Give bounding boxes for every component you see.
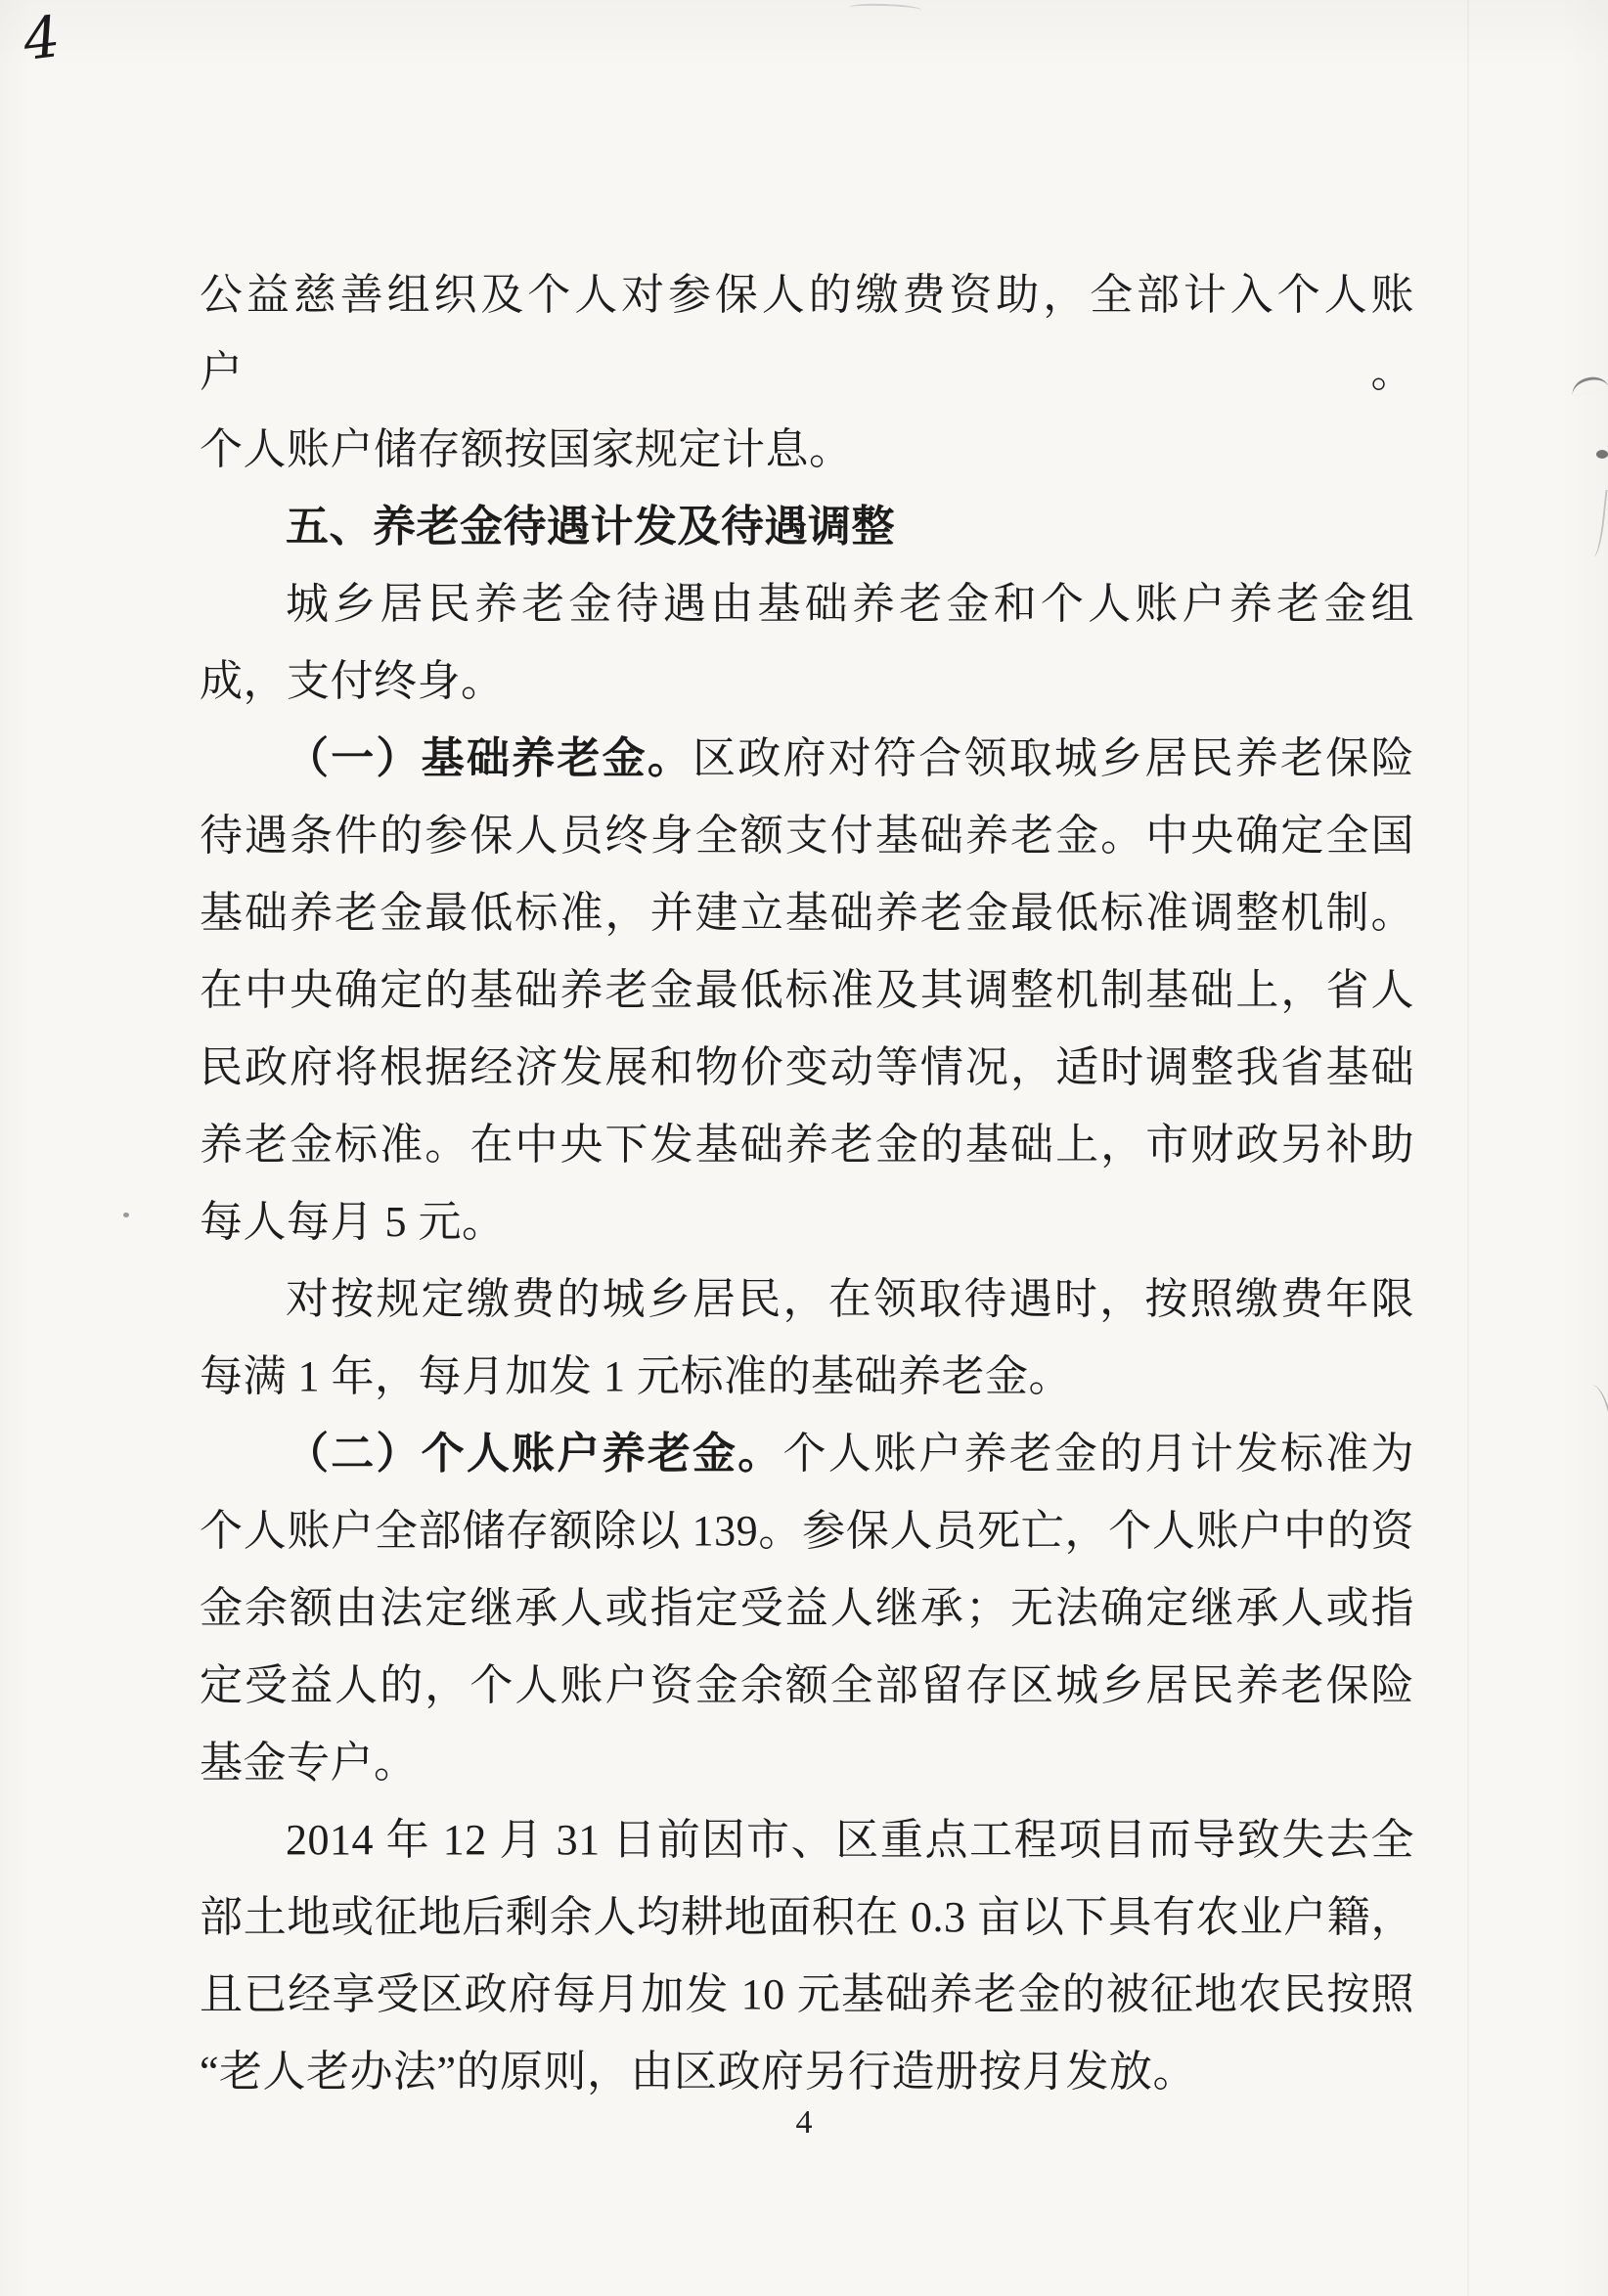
document-page: 4 公益慈善组织及个人对参保人的缴费资助，全部计入个人账户。个人账户储存额按国家… — [0, 0, 1608, 2296]
body-text: 区政府对符合领取城乡居民养老保险 — [692, 734, 1414, 782]
text-line: 且已经享受区政府每月加发 10 元基础养老金的被征地农民按照 — [200, 1956, 1414, 2033]
body-text: 民政府将根据经济发展和物价变动等情况，适时调整我省基础 — [200, 1043, 1414, 1091]
page-number: 4 — [0, 2104, 1608, 2141]
text-line: “老人老办法”的原则，由区政府另行造册按月发放。 — [200, 2033, 1414, 2110]
body-text: 每人每月 5 元。 — [200, 1198, 506, 1246]
text-line: 2014 年 12 月 31 日前因市、区重点工程项目而导致失去全 — [200, 1801, 1414, 1878]
text-line: 待遇条件的参保人员终身全额支付基础养老金。中央确定全国 — [200, 797, 1414, 874]
text-line: 个人账户全部储存额除以 139。参保人员死亡，个人账户中的资 — [200, 1492, 1414, 1569]
body-text: 金余额由法定继承人或指定受益人继承；无法确定继承人或指 — [200, 1584, 1414, 1632]
body-text: “老人老办法”的原则，由区政府另行造册按月发放。 — [200, 2048, 1196, 2096]
text-line: 定受益人的，个人账户资金余额全部留存区城乡居民养老保险 — [200, 1647, 1414, 1724]
text-line: 每满 1 年，每月加发 1 元标准的基础养老金。 — [200, 1338, 1414, 1415]
text-line: 基金专户。 — [200, 1724, 1414, 1801]
body-text: 养老金标准。在中央下发基础养老金的基础上，市财政另补助 — [200, 1121, 1414, 1169]
body-text: 公益慈善组织及个人对参保人的缴费资助，全部计入个人账户。 — [200, 271, 1414, 396]
body-text: 个人账户养老金的月计发标准为 — [783, 1430, 1414, 1478]
body-text: 待遇条件的参保人员终身全额支付基础养老金。中央确定全国 — [200, 812, 1414, 860]
text-line: （一）基础养老金。区政府对符合领取城乡居民养老保险 — [200, 720, 1414, 797]
text-line: 个人账户储存额按国家规定计息。 — [200, 411, 1414, 488]
text-line: 金余额由法定继承人或指定受益人继承；无法确定继承人或指 — [200, 1569, 1414, 1647]
text-line: 养老金标准。在中央下发基础养老金的基础上，市财政另补助 — [200, 1106, 1414, 1183]
text-line: 每人每月 5 元。 — [200, 1183, 1414, 1260]
scan-artifact-squiggle — [1588, 489, 1607, 558]
scan-artifact-dot — [123, 1213, 129, 1217]
scan-artifact-blob — [1596, 450, 1608, 459]
text-line: 公益慈善组织及个人对参保人的缴费资助，全部计入个人账户。 — [200, 256, 1414, 411]
body-text: 对按规定缴费的城乡居民，在领取待遇时，按照缴费年限 — [286, 1275, 1414, 1323]
body-text: 每满 1 年，每月加发 1 元标准的基础养老金。 — [200, 1352, 1072, 1400]
scan-artifact-edge-mark — [1591, 1383, 1608, 1430]
body-text: 且已经享受区政府每月加发 10 元基础养老金的被征地农民按照 — [200, 1970, 1414, 2018]
handwritten-page-mark: 4 — [21, 8, 64, 68]
text-line: 民政府将根据经济发展和物价变动等情况，适时调整我省基础 — [200, 1029, 1414, 1106]
body-text: 个人账户全部储存额除以 139。参保人员死亡，个人账户中的资 — [200, 1507, 1414, 1555]
body-text: 基金专户。 — [200, 1739, 418, 1787]
bold-text: （二）个人账户养老金。 — [286, 1430, 783, 1478]
bold-text: （一）基础养老金。 — [286, 734, 692, 782]
text-line: （二）个人账户养老金。个人账户养老金的月计发标准为 — [200, 1415, 1414, 1492]
text-line: 城乡居民养老金待遇由基础养老金和个人账户养老金组 — [200, 565, 1414, 642]
body-text: 个人账户储存额按国家规定计息。 — [200, 425, 853, 473]
text-line: 成，支付终身。 — [200, 642, 1414, 720]
text-line: 基础养老金最低标准，并建立基础养老金最低标准调整机制。 — [200, 874, 1414, 951]
body-text: 成，支付终身。 — [200, 657, 505, 705]
body-text: 城乡居民养老金待遇由基础养老金和个人账户养老金组 — [286, 580, 1414, 628]
scan-artifact-mark — [1570, 374, 1608, 396]
body-text: 基础养老金最低标准，并建立基础养老金最低标准调整机制。 — [200, 889, 1414, 937]
fold-crease — [1467, 0, 1469, 2296]
text-line: 部土地或征地后剩余人均耕地面积在 0.3 亩以下具有农业户籍， — [200, 1878, 1414, 1956]
text-line: 五、养老金待遇计发及待遇调整 — [200, 488, 1414, 565]
text-line: 对按规定缴费的城乡居民，在领取待遇时，按照缴费年限 — [200, 1260, 1414, 1338]
body-text: 定受益人的，个人账户资金余额全部留存区城乡居民养老保险 — [200, 1661, 1414, 1709]
body-text: 部土地或征地后剩余人均耕地面积在 0.3 亩以下具有农业户籍， — [200, 1893, 1414, 1941]
text-line: 在中央确定的基础养老金最低标准及其调整机制基础上，省人 — [200, 951, 1414, 1029]
body-text: 2014 年 12 月 31 日前因市、区重点工程项目而导致失去全 — [286, 1816, 1414, 1864]
document-text: 公益慈善组织及个人对参保人的缴费资助，全部计入个人账户。个人账户储存额按国家规定… — [200, 256, 1414, 2110]
body-text: 在中央确定的基础养老金最低标准及其调整机制基础上，省人 — [200, 966, 1414, 1014]
scan-artifact-top-smudge — [849, 3, 921, 16]
bold-text: 五、养老金待遇计发及待遇调整 — [286, 503, 895, 551]
